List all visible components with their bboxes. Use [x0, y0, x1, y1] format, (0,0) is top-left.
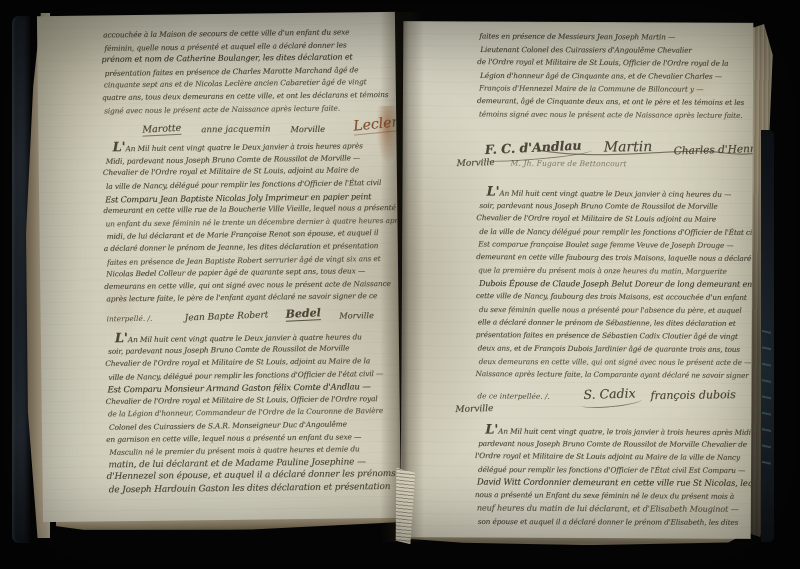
manuscript-line: de l'Ordre royal et Militaire de St Loui…: [477, 55, 749, 70]
manuscript-line: son épouse et auquel il a déclaré donner…: [478, 515, 750, 529]
birth-act-joseph-hardouin-gaston: L'An Mil huit cent vingt quatre le Deux …: [107, 330, 397, 497]
signature-morville: Morville: [339, 310, 374, 320]
manuscript-line: Légion d'honneur âgé de Cinquante ans, e…: [480, 69, 752, 83]
manuscript-line: Naissance après lecture faite, la Compar…: [475, 367, 747, 382]
signature-anne-jacquemin: anne jacquemin: [201, 125, 270, 136]
birth-act-catherine-boulanger: accouchée à la Maison de secours de cett…: [103, 26, 392, 137]
signature-dubois: françois dubois: [650, 388, 736, 402]
act-closing-words: interpellé. /.: [107, 314, 153, 324]
left-page: accouchée à la Maison de secours de cett…: [37, 12, 401, 522]
manuscript-line: Chevalier de l'Ordre royal et Militaire …: [476, 211, 748, 226]
photo-background: accouchée à la Maison de secours de cett…: [0, 0, 800, 569]
left-page-text: accouchée à la Maison de secours de cett…: [37, 12, 401, 522]
signature-robert: Jean Bapte Robert: [184, 310, 268, 323]
manuscript-line: cette ville de Nancy, faubourg des trois…: [476, 289, 748, 304]
right-page: faites en présence de Messieurs Jean Jos…: [401, 21, 754, 539]
manuscript-line: neuf heures du matin de lui déclarant, e…: [477, 501, 749, 515]
manuscript-line: L'An Mil huit cent vingt quatre, le troi…: [477, 423, 749, 437]
manuscript-line: l'Ordre royal et Militaire de St Louis a…: [475, 449, 747, 464]
cover-wear-flecks: [762, 330, 771, 470]
signature-morville: Morville: [455, 403, 493, 414]
signature-martin: Martin: [603, 139, 652, 156]
manuscript-line: délégué pour remplir les fonctions d'Off…: [478, 463, 750, 477]
manuscript-line: demeurant en cette ville faubourg des tr…: [476, 250, 748, 265]
birth-act-jeanne-joly: L'An Mil huit cent vingt quatre le Deux …: [104, 139, 394, 323]
manuscript-line: que la première du présent mois à onze h…: [478, 263, 750, 277]
signature-row: interpellé. /. Jean Bapte Robert Bedel M…: [106, 304, 394, 324]
manuscript-line: L'An Mil huit cent vingt quatre le Deux …: [478, 185, 750, 199]
signature-andlau: F. C. d'Andlau: [484, 137, 581, 157]
signature-row: Marotte anne jacquemin Morville Leclerc: [142, 116, 392, 136]
manuscript-line: faites en présence de Messieurs Jean Jos…: [479, 29, 751, 43]
birth-act-sebastienne-dubois: L'An Mil huit cent vingt quatre le Deux …: [477, 185, 750, 418]
signature-bedel: Bedel: [286, 306, 322, 322]
signature-hennezel: Charles d'Hennezel: [674, 142, 754, 157]
manuscript-line: de la ville de Nancy délégué pour rempli…: [479, 225, 751, 239]
signature-leclerc: Leclerc: [353, 114, 401, 136]
right-page-text: faites en présence de Messieurs Jean Jos…: [401, 21, 754, 539]
manuscript-line: du sexe féminin quelle nous a présenté p…: [479, 303, 751, 317]
manuscript-line: demeurans en cette ville, qui ont signé …: [104, 278, 392, 294]
birth-act-elisabeth-witt: L'An Mil huit cent vingt quatre, le troi…: [477, 423, 750, 528]
manuscript-line: de Joseph Hardouin Gaston les dites décl…: [109, 481, 397, 497]
manuscript-line: deux ans, et de François Dubois Jardinie…: [478, 341, 750, 355]
act-closing-words: de ce interpellée. /.: [477, 391, 549, 400]
signature-morville: Morville: [290, 124, 325, 134]
book-cover-edge-right: [761, 130, 774, 542]
signature-row: de ce interpellée. /. S. Cadix françois …: [477, 380, 749, 401]
signature-cadix: S. Cadix: [584, 385, 637, 402]
signature-morville: Morville: [456, 157, 494, 168]
manuscript-line: nous a présenté un Enfant du sexe fémini…: [475, 488, 747, 503]
manuscript-line: demeurant, âgé de Cinquante deux ans, et…: [477, 94, 749, 109]
signature-row: F. C. d'Andlau Martin Charles d'Hennezel: [485, 121, 751, 156]
birth-act-andlau-continuation: faites en présence de Messieurs Jean Jos…: [479, 29, 752, 172]
manuscript-line: présentation faites en présence de Sébas…: [476, 328, 748, 343]
signature-marotte: Marotte: [142, 123, 181, 137]
